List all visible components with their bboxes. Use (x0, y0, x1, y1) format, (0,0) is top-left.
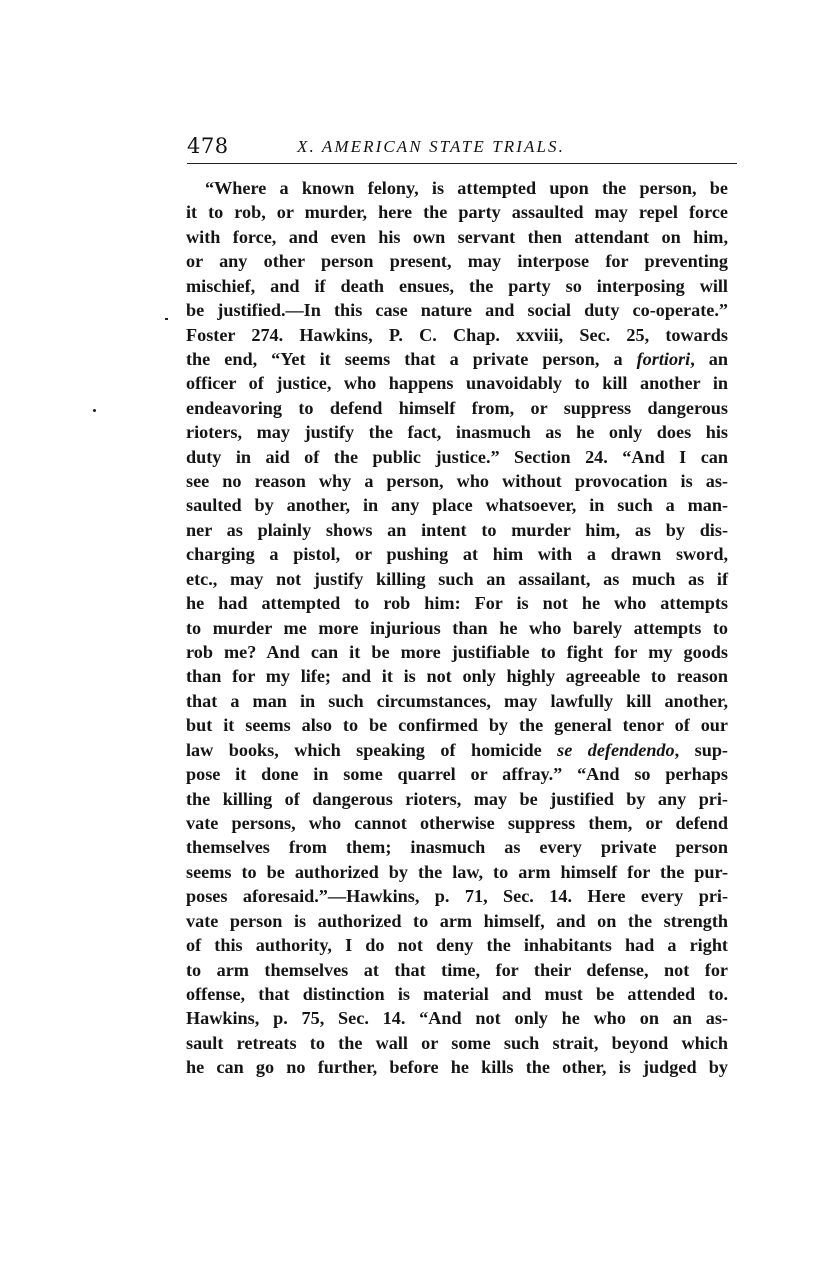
text-line: rioters, may justify the fact, inasmuch … (186, 420, 728, 444)
text-line: vate persons, who cannot otherwise suppr… (186, 811, 728, 835)
text-line: be justified.—In this case nature and so… (186, 298, 728, 322)
header-rule (187, 163, 737, 164)
margin-mark (165, 318, 168, 320)
text-line: to arm themselves at that time, for thei… (186, 958, 728, 982)
text-line-with-italic: the end, “Yet it seems that a private pe… (186, 347, 728, 371)
text-line-with-italic: law books, which speaking of homicide se… (186, 738, 728, 762)
text-line: but it seems also to be confirmed by the… (186, 713, 728, 737)
text-line: ner as plainly shows an intent to murder… (186, 518, 728, 542)
margin-speck (93, 409, 96, 412)
text-line: offense, that distinction is material an… (186, 982, 728, 1006)
italic-term: se defendendo (557, 740, 674, 760)
text-run: , an (690, 349, 728, 369)
text-run: law books, which speaking of homicide (186, 740, 557, 760)
italic-term: fortiori (637, 349, 691, 369)
text-line: the killing of dangerous rioters, may be… (186, 787, 728, 811)
text-line: mischief, and if death ensues, the party… (186, 274, 728, 298)
text-line: to murder me more injurious than he who … (186, 616, 728, 640)
text-line: etc., may not justify killing such an as… (186, 567, 728, 591)
text-line: he had attempted to rob him: For is not … (186, 591, 728, 615)
text-line: vate person is authorized to arm himself… (186, 909, 728, 933)
text-line: seems to be authorized by the law, to ar… (186, 860, 728, 884)
text-line: “Where a known felony, is attempted upon… (186, 176, 728, 200)
text-line: Foster 274. Hawkins, P. C. Chap. xxviii,… (186, 323, 728, 347)
text-line: charging a pistol, or pushing at him wit… (186, 542, 728, 566)
text-run: the end, “Yet it seems that a private pe… (186, 349, 637, 369)
text-line: it to rob, or murder, here the party ass… (186, 200, 728, 224)
running-title: X. AMERICAN STATE TRIALS. (297, 134, 565, 160)
text-line: pose it done in some quarrel or affray.”… (186, 762, 728, 786)
text-line: endeavoring to defend himself from, or s… (186, 396, 728, 420)
text-line: or any other person present, may interpo… (186, 249, 728, 273)
text-line: sault retreats to the wall or some such … (186, 1031, 728, 1055)
text-line: saulted by another, in any place whatsoe… (186, 493, 728, 517)
text-line: officer of justice, who happens unavoida… (186, 371, 728, 395)
text-line: duty in aid of the public justice.” Sect… (186, 445, 728, 469)
text-line: than for my life; and it is not only hig… (186, 664, 728, 688)
text-run: , sup- (675, 740, 728, 760)
text-line: rob me? And can it be more justifiable t… (186, 640, 728, 664)
text-line: he can go no further, before he kills th… (186, 1055, 728, 1079)
text-line: of this authority, I do not deny the inh… (186, 933, 728, 957)
running-head: 478 X. AMERICAN STATE TRIALS. (187, 133, 737, 159)
text-line: themselves from them; inasmuch as every … (186, 835, 728, 859)
text-line: see no reason why a person, who without … (186, 469, 728, 493)
text-line: Hawkins, p. 75, Sec. 14. “And not only h… (186, 1006, 728, 1030)
text-line: poses aforesaid.”—Hawkins, p. 71, Sec. 1… (186, 884, 728, 908)
page-number: 478 (187, 133, 229, 159)
text-line: that a man in such circumstances, may la… (186, 689, 728, 713)
book-page: 478 X. AMERICAN STATE TRIALS. “Where a k… (0, 0, 836, 1284)
body-text: “Where a known felony, is attempted upon… (186, 176, 728, 1080)
text-line: with force, and even his own servant the… (186, 225, 728, 249)
